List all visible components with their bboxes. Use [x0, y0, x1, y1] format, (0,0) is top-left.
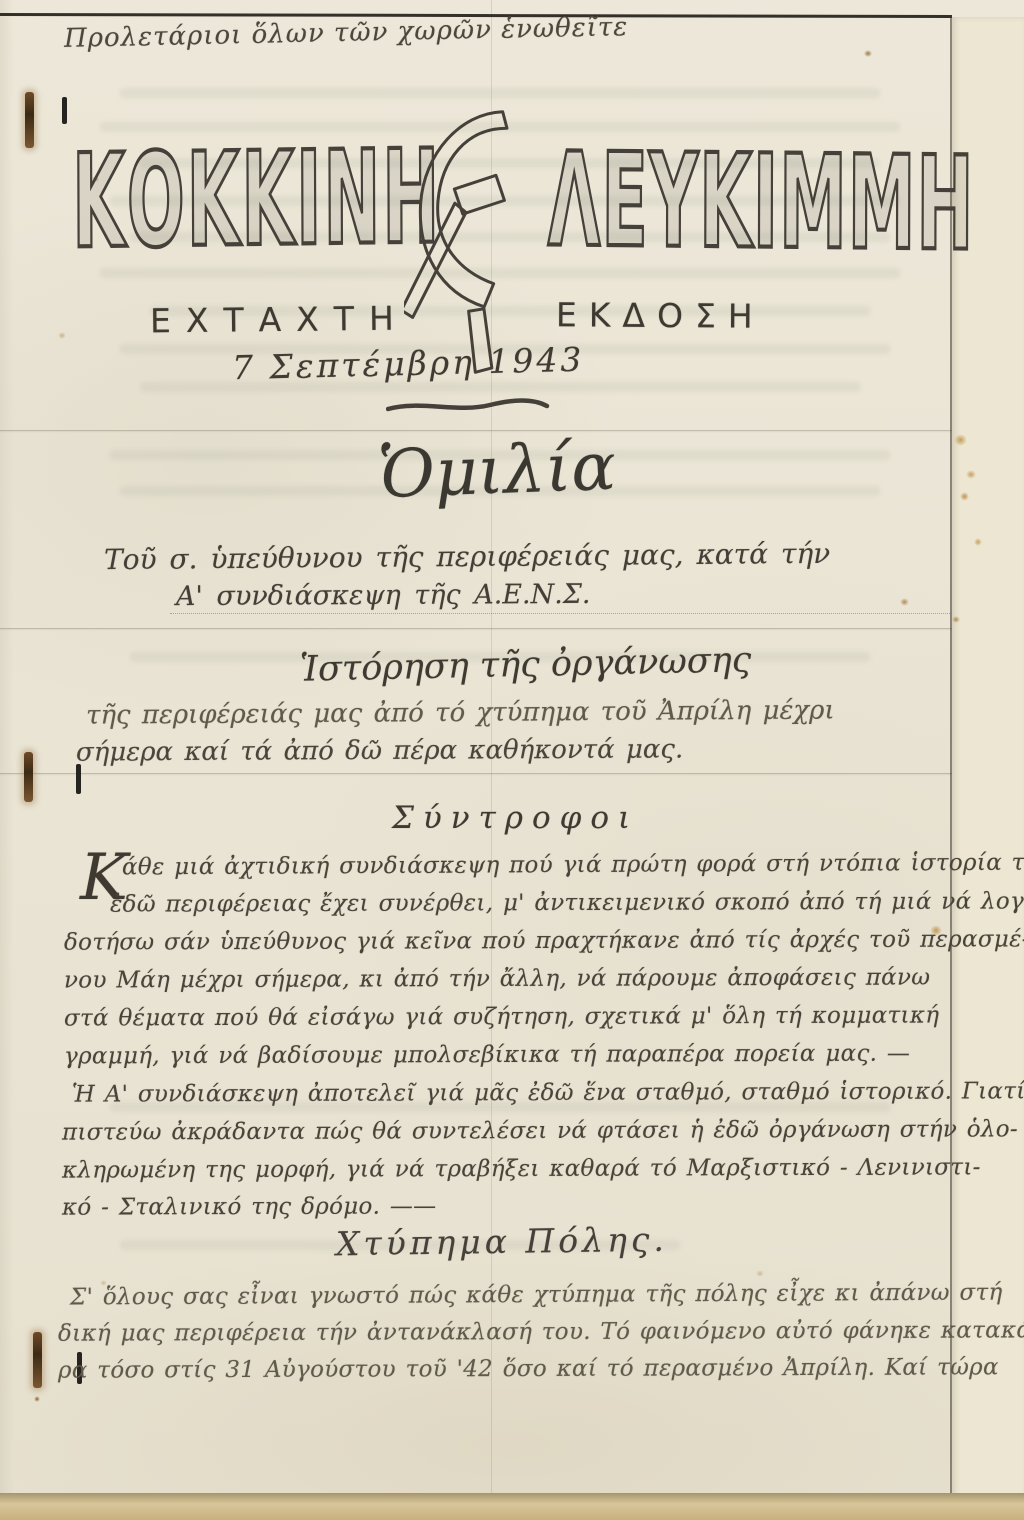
subtitle-underline [170, 612, 950, 614]
foxing-spot [966, 470, 976, 479]
paragraph1-line: στά θέματα πού θά εἰσάγω γιά συζήτηση, σ… [64, 1002, 939, 1031]
section-heading: Ἱστόρηση τῆς ὀργάνωσης [300, 640, 752, 689]
paragraph2-line: κληρωμένη της μορφή, γιά νά τραβήξει καθ… [62, 1154, 981, 1183]
speech-subtitle-line1: Τοῦ σ. ὑπεύθυνου τῆς περιφέρειάς μας, κα… [104, 537, 831, 576]
section2-heading: Χτύπημα Πόλης. [336, 1220, 668, 1264]
page-bottom-band [0, 1493, 1024, 1520]
foxing-spot [900, 598, 909, 606]
scanned-document-page: Προλετάριοι ὅλων τῶν χωρῶν ἑνωθεῖτε ΚΟΚΚ… [0, 0, 1024, 1520]
paragraph1-line: δοτήσω σάν ὑπεύθυνος γιά κεῖνα πού πραχτ… [64, 926, 1024, 955]
speech-subtitle-line2: Α' συνδιάσκεψη τῆς Α.Ε.Ν.Σ. [176, 579, 591, 612]
bleedthrough-smudge [120, 88, 880, 98]
foxing-spot [756, 1270, 764, 1277]
staple-mark [62, 97, 67, 124]
rusty-staple [24, 752, 33, 802]
flourish-underline [386, 396, 550, 416]
foxing-spot [952, 616, 960, 623]
salutation: Σύντροφοι [392, 800, 639, 836]
rusty-staple [25, 92, 34, 148]
paragraph3-line: ρα τόσο στίς 31 Αὐγούστου τοῦ '42 ὅσο κα… [58, 1354, 999, 1383]
slogan-line: Προλετάριοι ὅλων τῶν χωρῶν ἑνωθεῖτε [64, 12, 629, 54]
edition-word-1: ΕΧΤΑΧΤΗ [150, 299, 409, 341]
staple-mark [76, 764, 81, 794]
fold-crease [0, 628, 1024, 629]
edition-date: 7 Σεπτέμβρη 1943 [232, 340, 585, 388]
masthead-title-left: ΚΟΚΚΙΝΗ [72, 135, 441, 269]
paragraph2-line: πιστεύω ἀκράδαντα πώς θά συντελέσει νά φ… [62, 1116, 1018, 1145]
foxing-spot [974, 538, 982, 546]
paragraph2-line: κό - Σταλινικό της δρόμο. —— [62, 1193, 436, 1220]
fold-crease [0, 773, 1024, 774]
rusty-staple [33, 1332, 42, 1388]
paragraph2-line: Ἡ Α' συνδιάσκεψη ἀποτελεῖ γιά μᾶς ἐδῶ ἕν… [72, 1078, 1024, 1107]
section-sub-line2: σήμερα καί τά ἀπό δῶ πέρα καθήκοντά μας. [76, 734, 683, 767]
foxing-spot [954, 434, 967, 446]
paragraph3-line: Σ' ὅλους σας εἶναι γνωστό πώς κάθε χτύπη… [70, 1280, 1003, 1311]
paragraph1-line: άθε μιά ἀχτιδική συνδιάσκεψη πού γιά πρώ… [122, 850, 1024, 881]
paragraph1-line: νου Μάη μέχρι σήμερα, κι ἀπό τήν ἄλλη, ν… [64, 964, 930, 993]
foxing-spot [960, 492, 969, 501]
foxing-spot [34, 1396, 40, 1402]
foxing-spot [58, 332, 66, 339]
section-sub-line1: τῆς περιφέρειάς μας ἀπό τό χτύπημα τοῦ Ἀ… [86, 695, 835, 730]
paragraph1-line: ἐδῶ περιφέρειας ἔχει συνέρθει, μ' ἀντικε… [110, 888, 1024, 917]
foxing-spot [864, 50, 872, 57]
edition-word-2: ΕΚΔΟΣΗ [556, 295, 765, 335]
paragraph1-line: γραμμή, γιά νά βαδίσουμε μπολσεβίκικα τή… [64, 1041, 910, 1070]
paragraph3-line: δική μας περιφέρεια τήν ἀντανάκλασή του.… [58, 1317, 1024, 1347]
masthead-title-right: ΛΕΥΚΙΜΜΗ [548, 138, 975, 271]
speech-title: Ὁμιλία [377, 428, 617, 513]
